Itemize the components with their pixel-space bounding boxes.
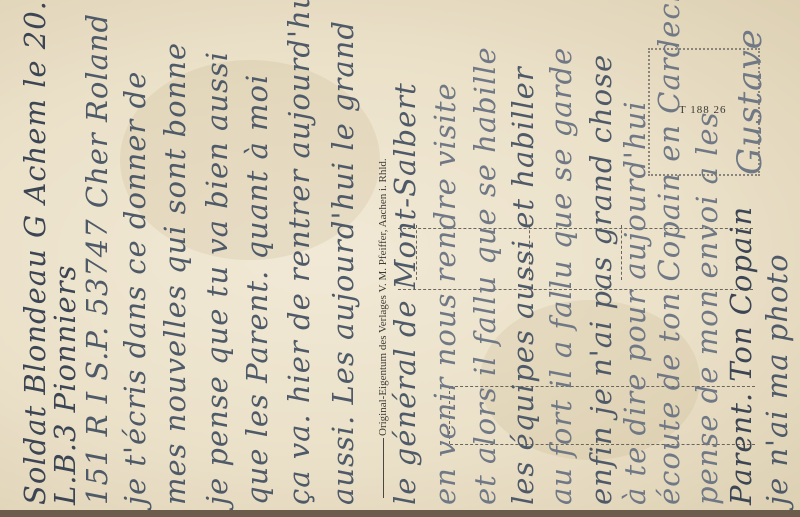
handwriting-line: enfin je n'ai pas grand chose — [584, 54, 618, 505]
handwriting-line: aussi. Les aujourd'hui le grand — [326, 20, 360, 505]
handwriting-line: que les Parent. quant à moi — [240, 74, 274, 505]
handwriting-line: le général de Mont-Salbert — [388, 82, 422, 505]
handwriting-line: au fort il a fallu que se garde — [544, 47, 578, 505]
handwriting-line: mes nouvelles qui sont bonne — [158, 42, 192, 505]
handwriting-line: les équipes aussi et habiller — [506, 66, 540, 505]
handwriting-line: en venir nous rendre visite — [428, 82, 462, 505]
handwriting-line: à te dire pour aujourd'hui — [618, 100, 652, 505]
handwriting-line: et alors il fallu que se habille — [468, 46, 502, 505]
handwriting-line: je t'écris dans ce donner de — [118, 71, 152, 505]
handwriting-line: ça va. hier de rentrer aujourd'hui — [282, 0, 316, 505]
handwriting-line: Parent. Ton Copain — [724, 206, 758, 505]
handwriting-line: écoute de ton Copain en Cardech — [652, 0, 686, 505]
handwriting-line: Soldat Blondeau G Achem le 20.9.45 — [18, 0, 52, 505]
handwriting-line: 151 R I S.P. 53747 Cher Roland — [80, 13, 114, 505]
handwriting-line: pense de mon envoi a les — [690, 112, 724, 505]
signature: Gustave — [730, 28, 770, 175]
handwriting-line: je pense que tu va bien aussi — [200, 51, 234, 505]
postcard-back: T 188 26 Original-Eigentum des Verlages … — [0, 0, 800, 517]
divider-rule — [383, 438, 384, 498]
handwriting-line: L.B.3 Pionniers — [48, 265, 82, 505]
handwriting-line: je n'ai ma photo — [760, 253, 794, 505]
